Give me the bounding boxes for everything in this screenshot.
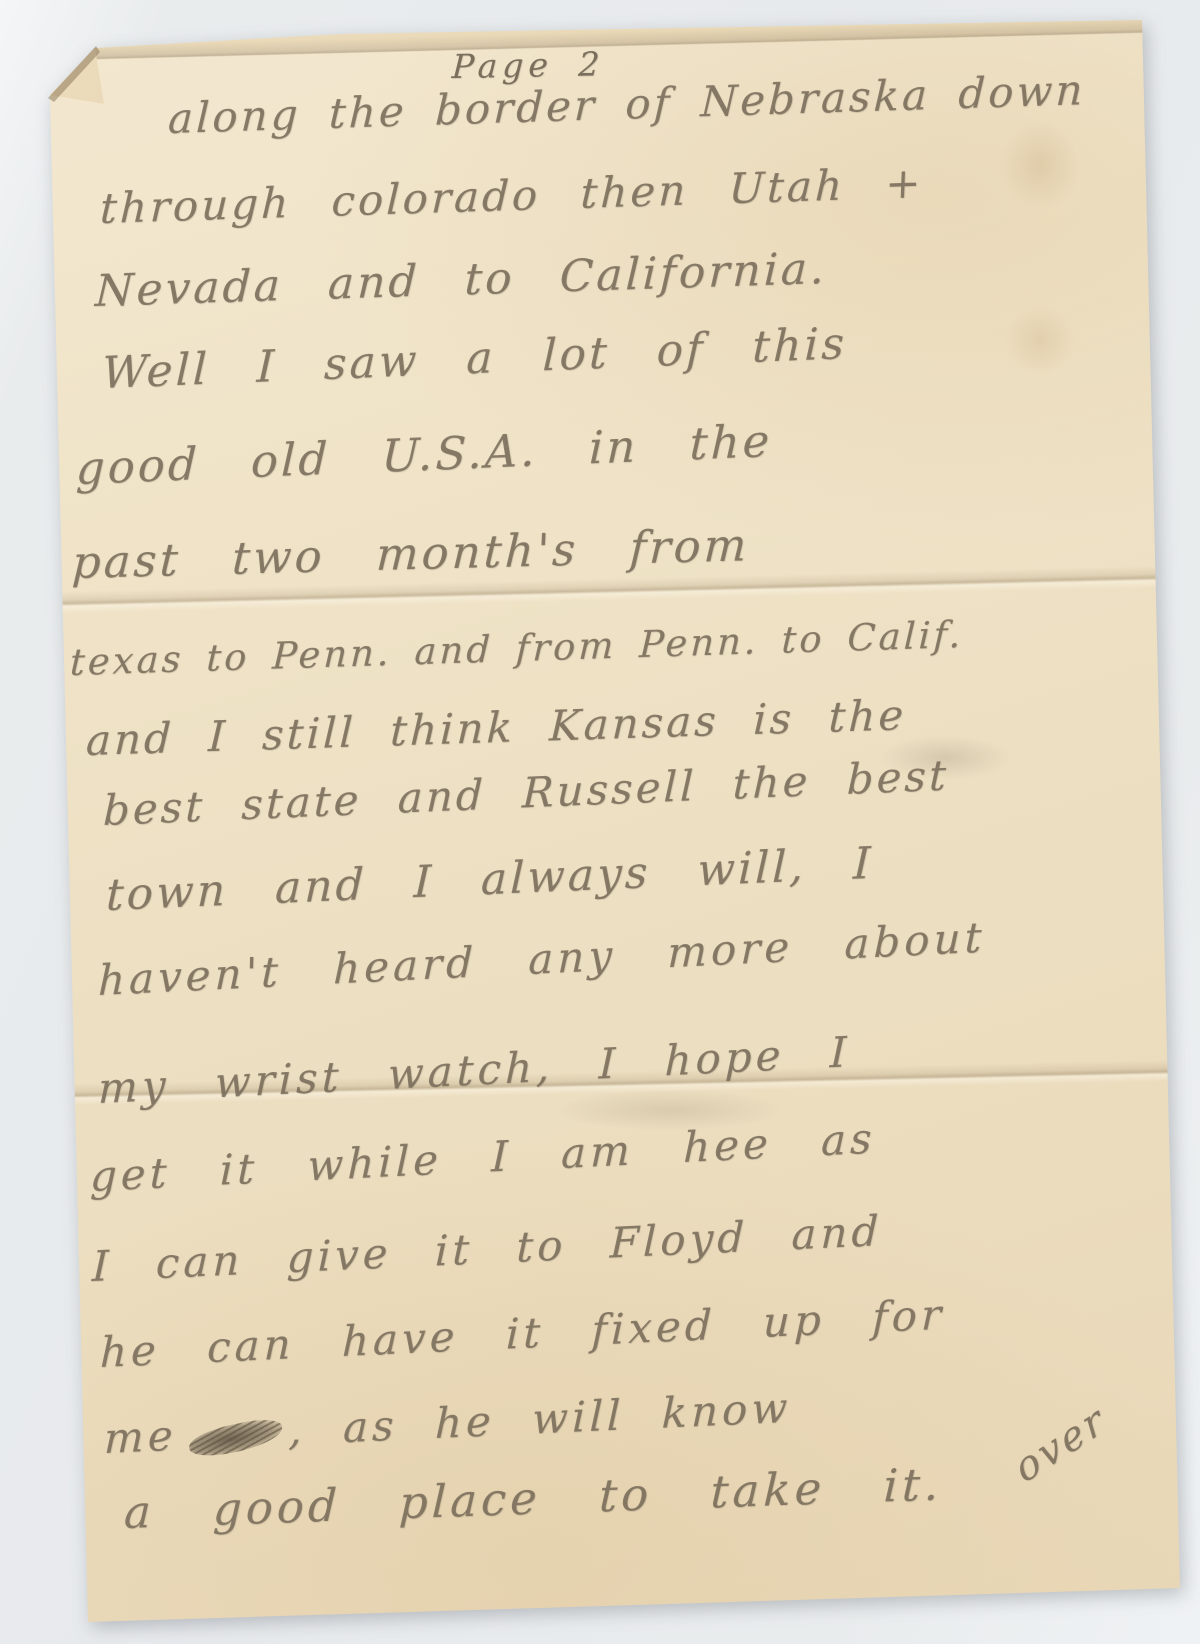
handwriting-line: and I still think Kansas is the: [85, 694, 907, 762]
handwriting-line: haven't heard any more about: [98, 917, 986, 1002]
handwriting-line: town and I always will, I: [105, 842, 874, 918]
stain: [1005, 305, 1075, 375]
handwriting-line: texas to Penn. and from Penn. to Calif.: [69, 616, 964, 681]
handwriting-line: he can have it fixed up for: [99, 1294, 945, 1374]
handwriting-line: along the border of Nebraska down: [167, 69, 1086, 140]
handwriting-line: Well I saw a lot of this: [101, 322, 847, 396]
stain: [1000, 120, 1080, 210]
page-number: Page 2: [451, 47, 605, 83]
handwriting-segment: me: [103, 1411, 177, 1463]
letter-paper: Page 2 along the border of Nebraska down…: [0, 0, 1200, 1644]
scanned-letter-page: Page 2 along the border of Nebraska down…: [0, 0, 1200, 1644]
handwriting-line: a good place to take it.: [123, 1461, 943, 1535]
handwriting-line: my wrist watch, I hope I: [98, 1031, 851, 1110]
handwriting-line: get it while I am hee as: [90, 1118, 877, 1199]
handwriting-line: through colorado then Utah +: [99, 162, 924, 230]
paper-sheet: Page 2 along the border of Nebraska down…: [0, 0, 1200, 1644]
handwriting-line: past two month's from: [71, 522, 750, 585]
handwriting-line: Nevada and to California.: [94, 247, 828, 314]
scribble-mark: [187, 1415, 284, 1461]
handwriting-line: me, as he will know: [103, 1387, 791, 1460]
handwriting-line: good old U.S.A. in the: [75, 418, 773, 491]
paper-top-fold-edge: [88, 0, 1147, 60]
handwriting-segment: , as he will know: [288, 1383, 792, 1455]
turn-over-note: over: [1009, 1399, 1112, 1490]
handwriting-line: I can give it to Floyd and: [91, 1210, 882, 1288]
handwriting-line: best state and Russell the best: [102, 755, 949, 833]
